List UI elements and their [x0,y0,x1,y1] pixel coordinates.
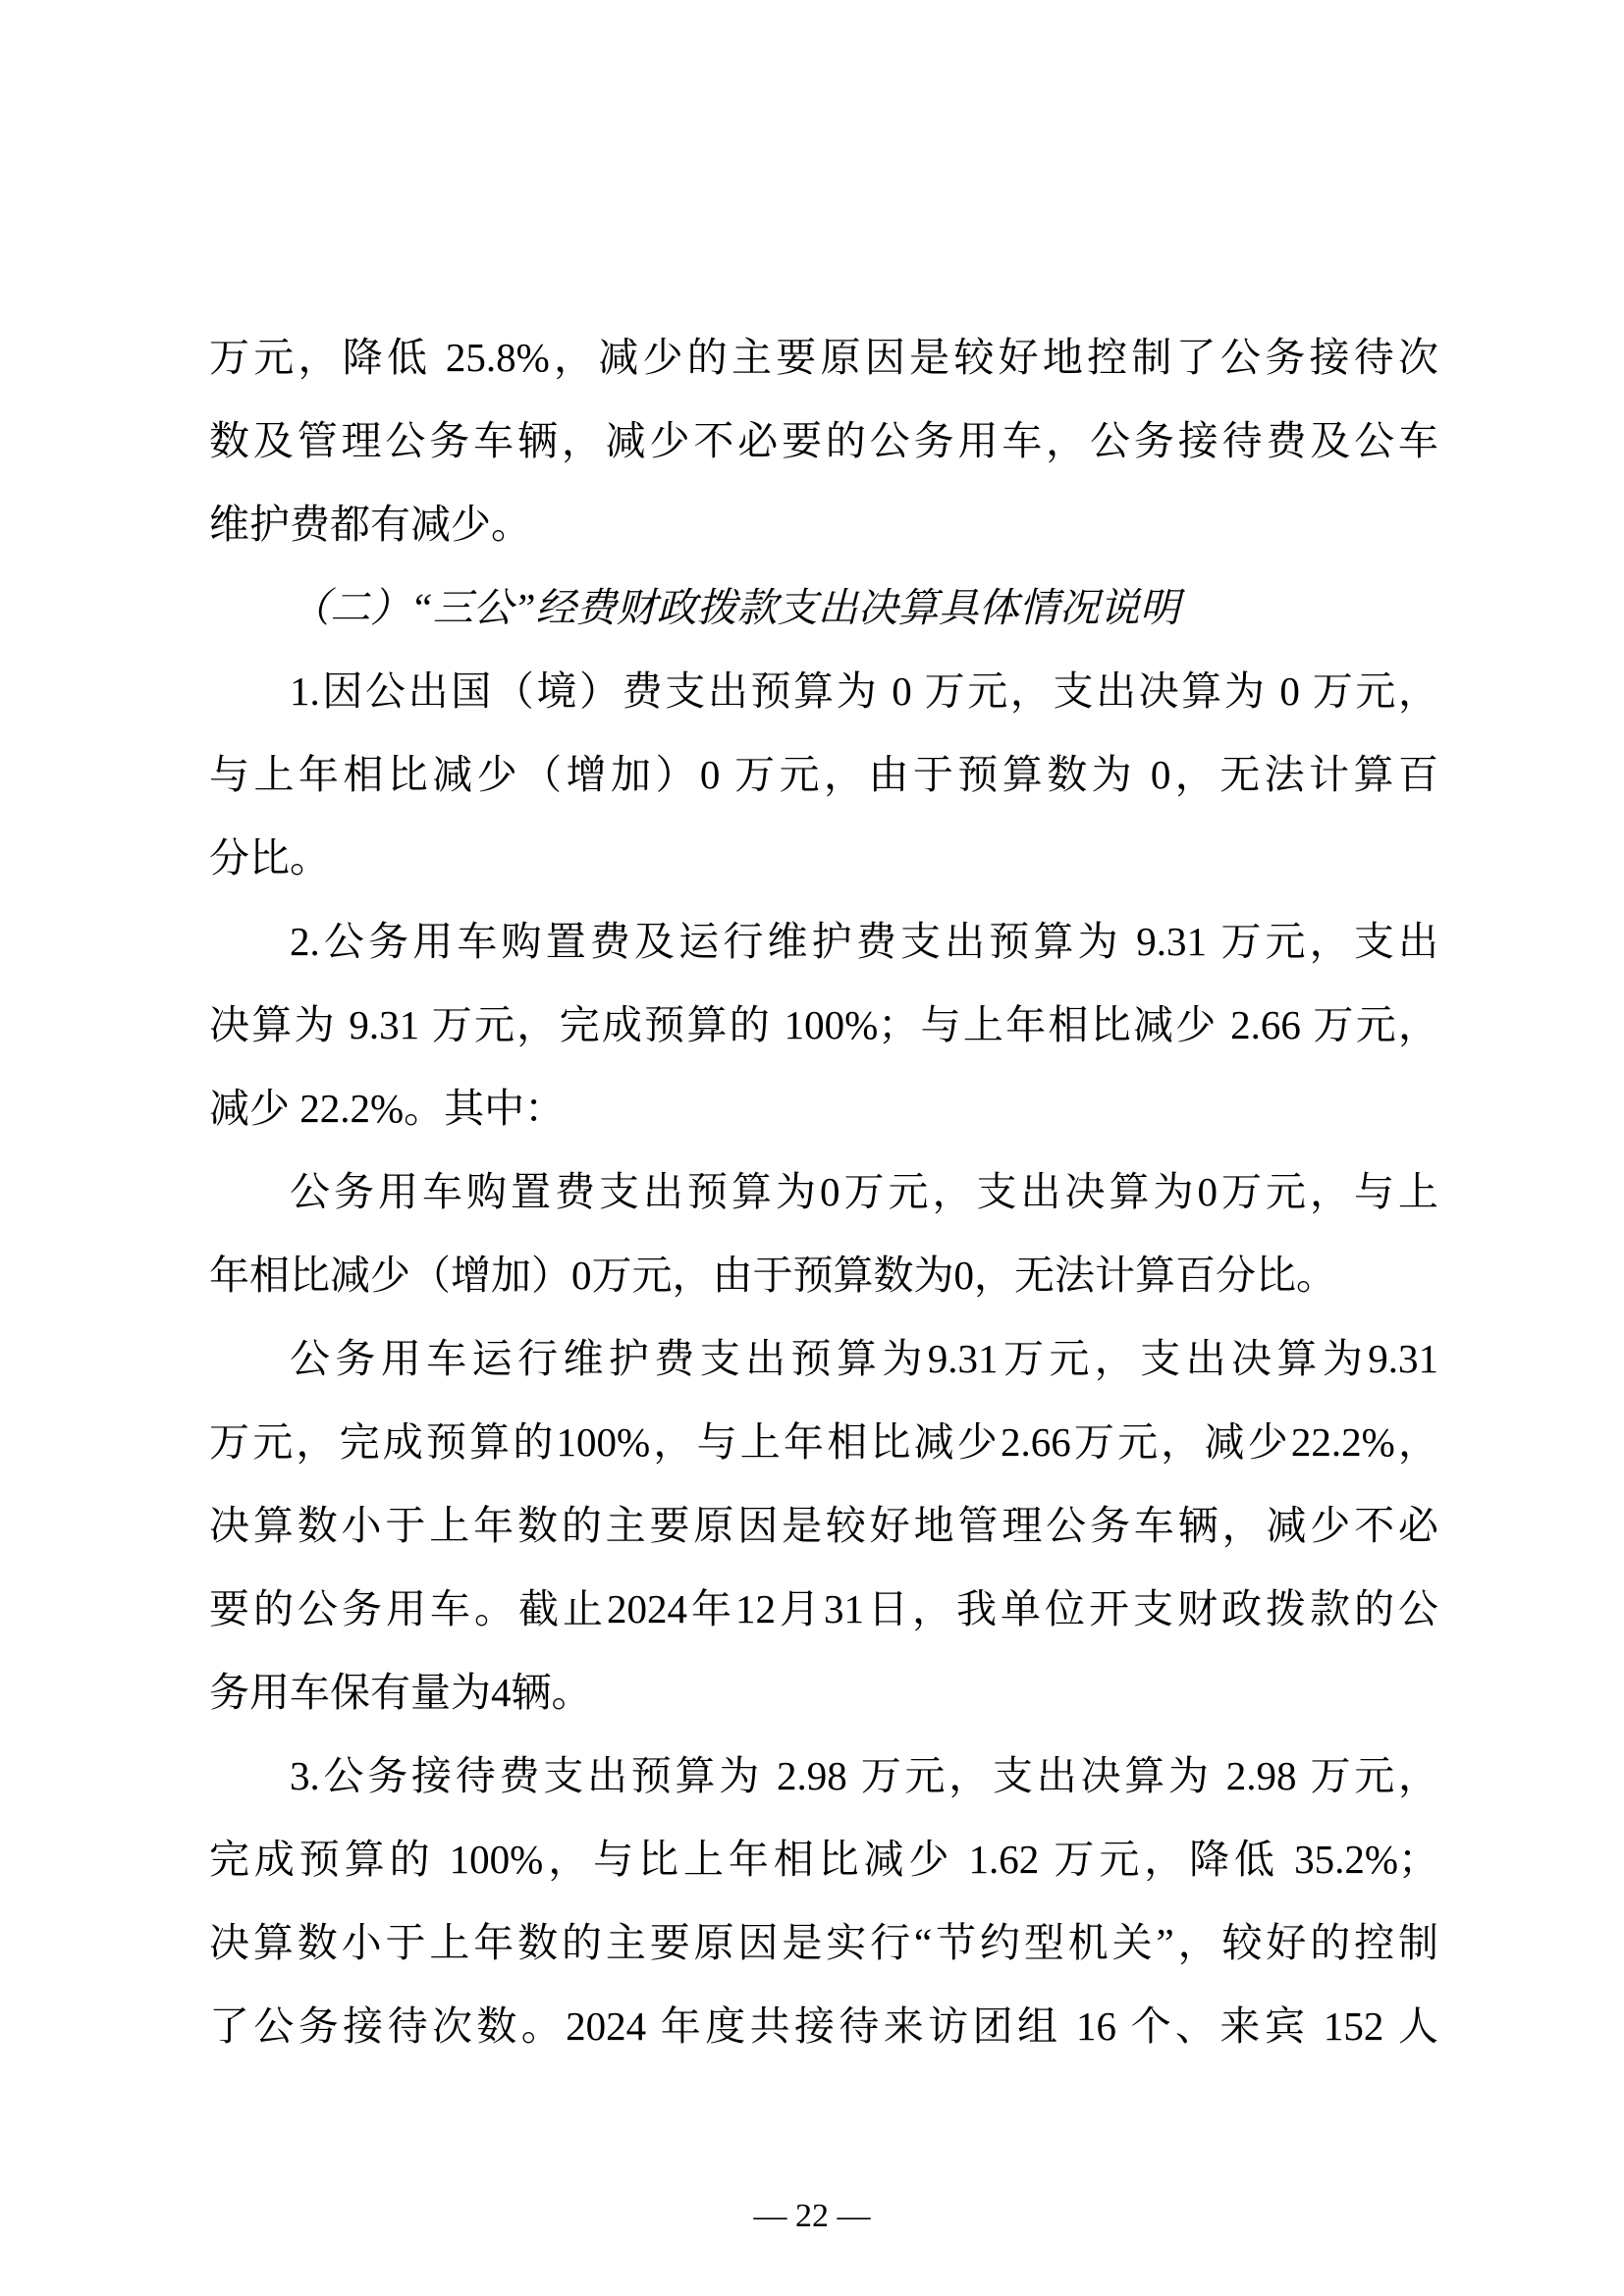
text-line: 决算为 9.31 万元，完成预算的 100%；与上年相比减少 2.66 万元， [209,984,1438,1067]
section-heading: （二）“三公”经费财政拨款支出决算具体情况说明 [209,566,1438,650]
text-line: 减少 22.2%。其中： [209,1067,1438,1150]
text-line: 了公务接待次数。2024 年度共接待来访团组 16 个、来宾 152 人 [209,1985,1438,2068]
text-line: 决算数小于上年数的主要原因是较好地管理公务车辆，减少不必 [209,1484,1438,1568]
text-line: 分比。 [209,817,1438,900]
text-line: 1.因公出国（境）费支出预算为 0 万元，支出决算为 0 万元， [209,650,1438,733]
document-page: 万元，降低 25.8%，减少的主要原因是较好地控制了公务接待次 数及管理公务车辆… [0,0,1624,2296]
text-line: 数及管理公务车辆，减少不必要的公务用车，公务接待费及公车 [209,400,1438,483]
text-line: 年相比减少（增加）0万元，由于预算数为0，无法计算百分比。 [209,1234,1438,1317]
text-line: 务用车保有量为4辆。 [209,1651,1438,1735]
text-line: 2.公务用车购置费及运行维护费支出预算为 9.31 万元，支出 [209,900,1438,984]
text-line: 万元，完成预算的100%，与上年相比减少2.66万元，减少22.2%， [209,1401,1438,1484]
text-line: 维护费都有减少。 [209,483,1438,566]
text-line: 决算数小于上年数的主要原因是实行“节约型机关”，较好的控制 [209,1901,1438,1985]
page-footer: — 22 — [0,2197,1624,2236]
text-line: 完成预算的 100%，与比上年相比减少 1.62 万元，降低 35.2%； [209,1818,1438,1901]
text-line: 要的公务用车。截止2024年12月31日，我单位开支财政拨款的公 [209,1568,1438,1651]
text-line: 3.公务接待费支出预算为 2.98 万元，支出决算为 2.98 万元， [209,1735,1438,1818]
text-line: 公务用车购置费支出预算为0万元，支出决算为0万元，与上 [209,1150,1438,1234]
text-line: 万元，降低 25.8%，减少的主要原因是较好地控制了公务接待次 [209,316,1438,400]
text-line: 公务用车运行维护费支出预算为9.31万元，支出决算为9.31 [209,1317,1438,1401]
document-body: 万元，降低 25.8%，减少的主要原因是较好地控制了公务接待次 数及管理公务车辆… [209,316,1438,2068]
page-number: — 22 — [754,2198,871,2234]
text-line: 与上年相比减少（增加）0 万元，由于预算数为 0，无法计算百 [209,733,1438,817]
